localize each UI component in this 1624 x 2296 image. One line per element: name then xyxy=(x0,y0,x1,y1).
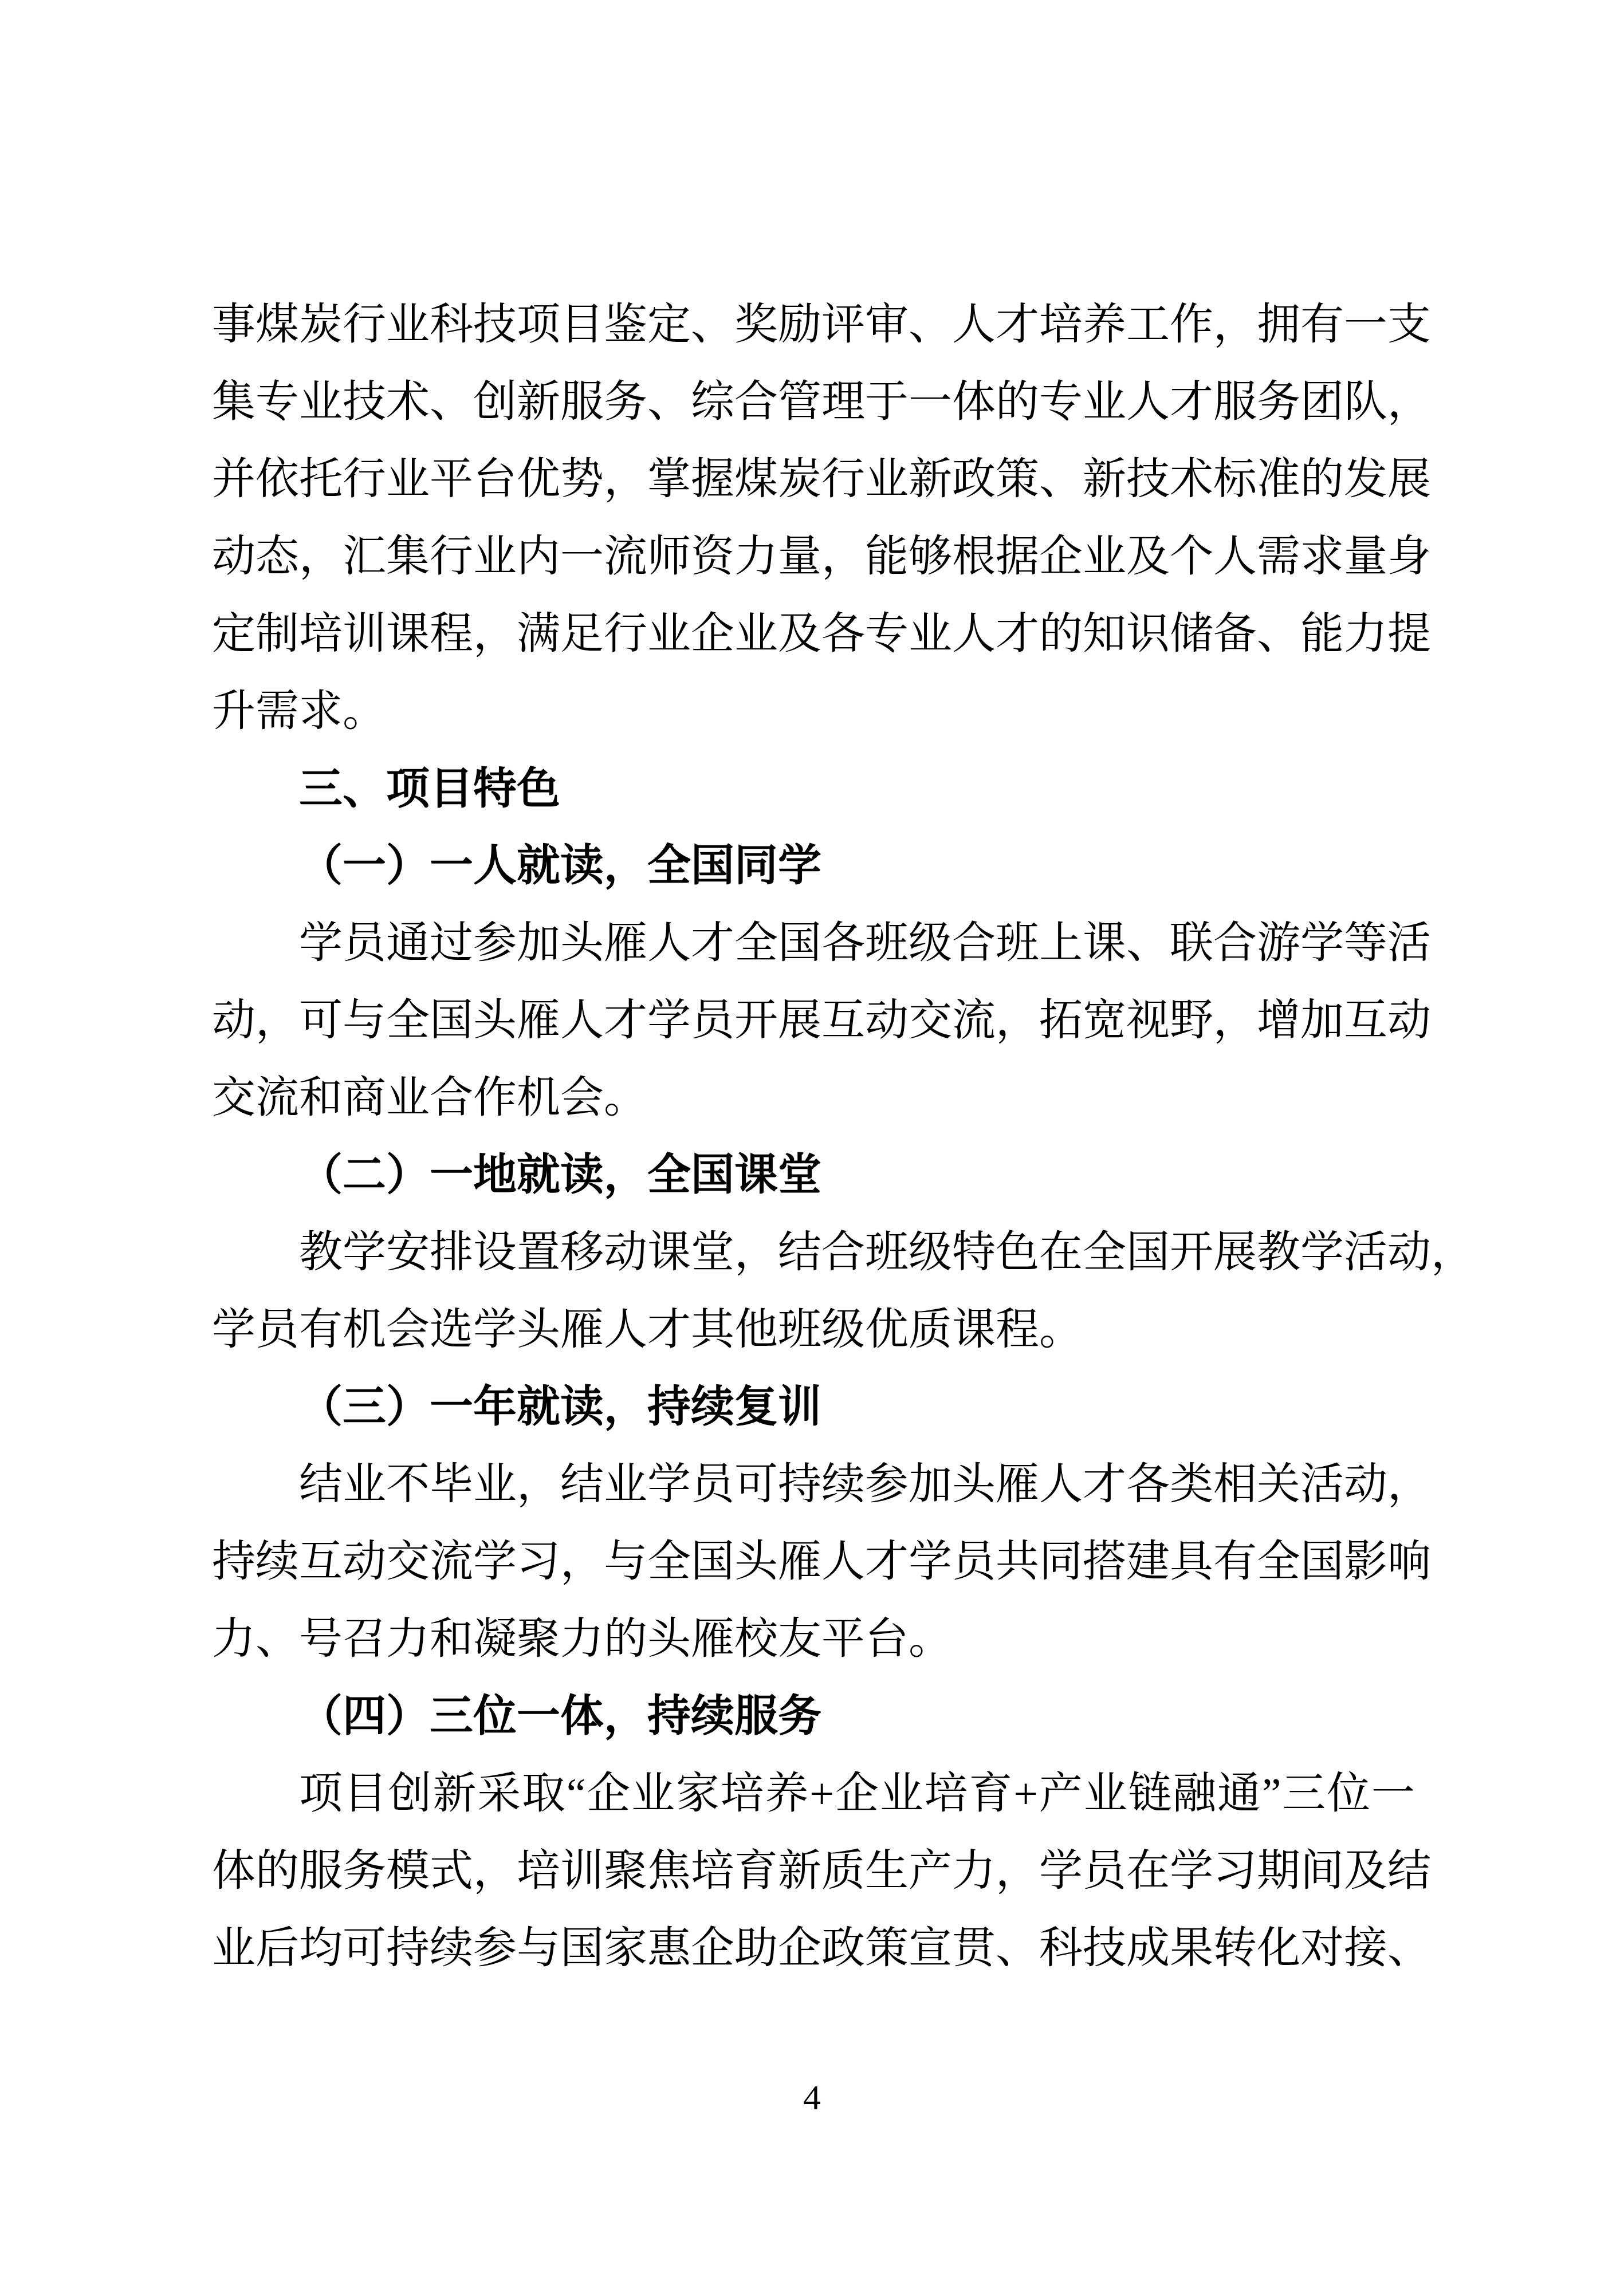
subsection-heading: （三）一年就读，持续复训 xyxy=(212,1369,1415,1446)
body-text-line: 业后均可持续参与国家惠企助企政策宣贯、科技成果转化对接、 xyxy=(212,1910,1415,1987)
body-text-line: 事煤炭行业科技项目鉴定、奖励评审、人才培养工作，拥有一支 xyxy=(212,286,1415,364)
subsection-heading: （四）三位一体，持续服务 xyxy=(212,1678,1415,1755)
body-text-line: 动，可与全国头雁人才学员开展互动交流，拓宽视野，增加互动 xyxy=(212,982,1415,1060)
body-text-line: 体的服务模式，培训聚焦培育新质生产力，学员在学习期间及结 xyxy=(212,1833,1415,1910)
body-text-line: 力、号召力和凝聚力的头雁校友平台。 xyxy=(212,1601,1415,1678)
body-text-line: 学员通过参加头雁人才全国各班级合班上课、联合游学等活 xyxy=(212,905,1415,982)
body-text-line: 集专业技术、创新服务、综合管理于一体的专业人才服务团队， xyxy=(212,364,1415,441)
body-text-line: 结业不毕业，结业学员可持续参加头雁人才各类相关活动， xyxy=(212,1446,1415,1523)
body-text-line: 持续互动交流学习，与全国头雁人才学员共同搭建具有全国影响 xyxy=(212,1523,1415,1601)
document-content: 事煤炭行业科技项目鉴定、奖励评审、人才培养工作，拥有一支集专业技术、创新服务、综… xyxy=(212,286,1415,1987)
body-text-line: 并依托行业平台优势，掌握煤炭行业新政策、新技术标准的发展 xyxy=(212,441,1415,518)
page-number: 4 xyxy=(0,2078,1624,2118)
body-text-line: 定制培训课程，满足行业企业及各专业人才的知识储备、能力提 xyxy=(212,596,1415,673)
body-text-line: 项目创新采取“企业家培养+企业培育+产业链融通”三位一 xyxy=(212,1755,1415,1833)
body-text-line: 教学安排设置移动课堂，结合班级特色在全国开展教学活动， xyxy=(212,1214,1415,1291)
subsection-heading: （二）一地就读，全国课堂 xyxy=(212,1137,1415,1214)
body-text-line: 学员有机会选学头雁人才其他班级优质课程。 xyxy=(212,1291,1415,1369)
section-heading: 三、项目特色 xyxy=(212,750,1415,828)
body-text-line: 动态，汇集行业内一流师资力量，能够根据企业及个人需求量身 xyxy=(212,518,1415,596)
body-text-line: 交流和商业合作机会。 xyxy=(212,1060,1415,1137)
body-text-line: 升需求。 xyxy=(212,673,1415,750)
subsection-heading: （一）一人就读，全国同学 xyxy=(212,828,1415,905)
document-page: 事煤炭行业科技项目鉴定、奖励评审、人才培养工作，拥有一支集专业技术、创新服务、综… xyxy=(0,0,1624,2296)
